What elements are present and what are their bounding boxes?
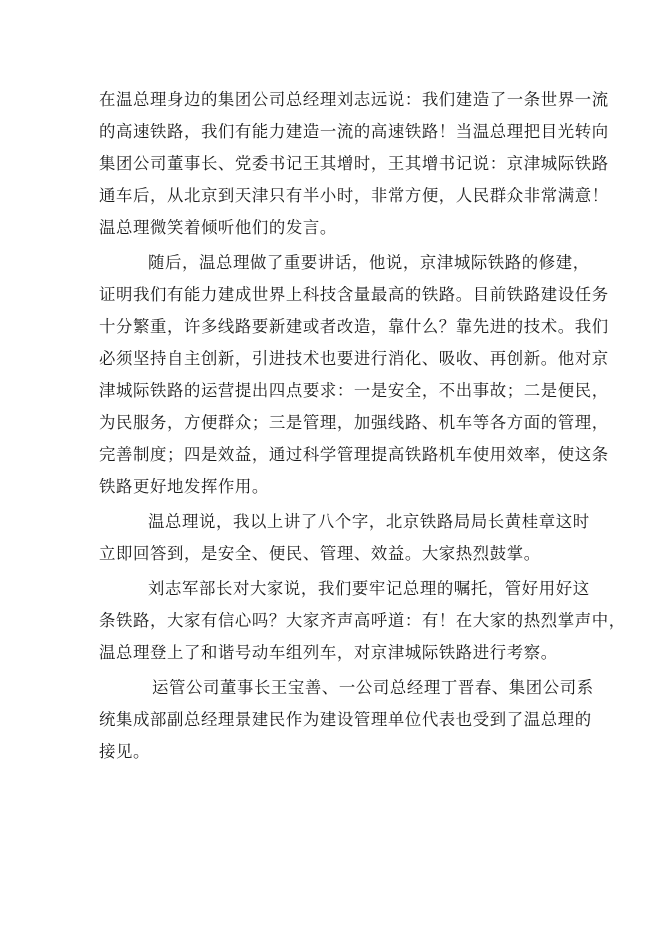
text-line: 在温总理身边的集团公司总经理刘志远说：我们建造了一条世界一流 [99, 84, 563, 116]
text-line: 温总理登上了和谐号动车组列车，对京津城际铁路进行考察。 [99, 637, 563, 669]
text-line: 必须坚持自主创新，引进技术也要进行消化、吸收、再创新。他对京 [99, 343, 563, 375]
text-line: 立即回答到，是安全、便民、管理、效益。大家热烈鼓掌。 [99, 538, 563, 570]
text-line: 通车后，从北京到天津只有半小时，非常方便，人民群众非常满意！ [99, 180, 563, 212]
paragraph-4: 刘志军部长对大家说，我们要牢记总理的嘱托，管好用好这 条铁路，大家有信心吗？大家… [99, 573, 563, 669]
document-page: 在温总理身边的集团公司总经理刘志远说：我们建造了一条世界一流 的高速铁路，我们有… [99, 84, 563, 768]
paragraph-5: 运管公司董事长王宝善、一公司总经理丁晋春、集团公司系 统集成部副总经理景建民作为… [99, 672, 563, 768]
text-line: 运管公司董事长王宝善、一公司总经理丁晋春、集团公司系 [99, 672, 563, 704]
text-line: 为民服务，方便群众；三是管理，加强线路、机车等各方面的管理， [99, 407, 563, 439]
text-line: 随后，温总理做了重要讲话，他说，京津城际铁路的修建， [99, 247, 563, 279]
text-line: 的高速铁路，我们有能力建造一流的高速铁路！当温总理把目光转向 [99, 116, 563, 148]
text-line: 接见。 [99, 736, 563, 768]
text-line: 刘志军部长对大家说，我们要牢记总理的嘱托，管好用好这 [99, 573, 563, 605]
text-line: 证明我们有能力建成世界上科技含量最高的铁路。目前铁路建设任务 [99, 279, 563, 311]
text-line: 温总理说，我以上讲了八个字，北京铁路局局长黄桂章这时 [99, 506, 563, 538]
text-line: 温总理微笑着倾听他们的发言。 [99, 212, 563, 244]
paragraph-2: 随后，温总理做了重要讲话，他说，京津城际铁路的修建， 证明我们有能力建成世界上科… [99, 247, 563, 503]
text-line: 完善制度；四是效益，通过科学管理提高铁路机车使用效率，使这条 [99, 439, 563, 471]
text-line: 集团公司董事长、党委书记王其增时，王其增书记说：京津城际铁路 [99, 148, 563, 180]
text-line: 铁路更好地发挥作用。 [99, 471, 563, 503]
text-line: 统集成部副总经理景建民作为建设管理单位代表也受到了温总理的 [99, 704, 563, 736]
paragraph-3: 温总理说，我以上讲了八个字，北京铁路局局长黄桂章这时 立即回答到，是安全、便民、… [99, 506, 563, 570]
paragraph-1: 在温总理身边的集团公司总经理刘志远说：我们建造了一条世界一流 的高速铁路，我们有… [99, 84, 563, 244]
text-line: 条铁路，大家有信心吗？大家齐声高呼道：有！在大家的热烈掌声中， [99, 605, 563, 637]
text-line: 津城际铁路的运营提出四点要求：一是安全，不出事故；二是便民， [99, 375, 563, 407]
text-line: 十分繁重，许多线路要新建或者改造，靠什么？靠先进的技术。我们 [99, 311, 563, 343]
